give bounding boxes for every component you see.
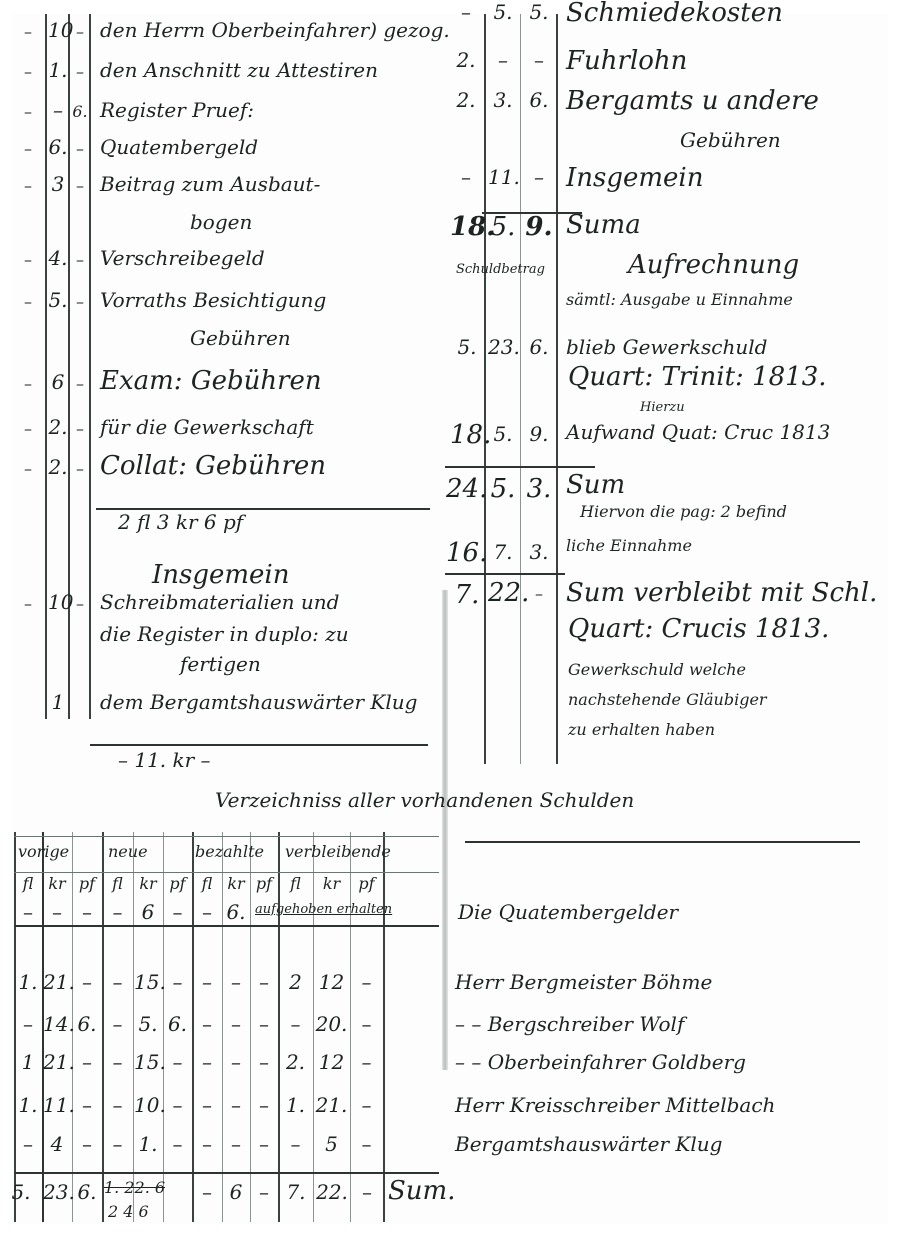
fl-cell: 2. — [450, 48, 482, 72]
debt-cell: – — [223, 1012, 249, 1036]
entry-text: Beitrag zum Ausbaut- — [100, 172, 320, 196]
sum-cell: 22. — [314, 1180, 350, 1204]
kr-cell: 11. — [488, 165, 518, 189]
right-column-line-3 — [556, 14, 558, 764]
entry-text: dem Bergamtshauswärter Klug — [100, 690, 417, 714]
debt-cell: – — [103, 1132, 132, 1156]
fl-cell: – — [450, 165, 482, 189]
unit-header: pf — [352, 874, 381, 893]
right-column-line-1 — [484, 14, 486, 764]
insgemein-total: – 11. kr – — [118, 748, 211, 772]
kr-cell: 2. — [48, 415, 68, 439]
debt-cell: – — [351, 1012, 382, 1036]
debt-cell: 1. — [15, 970, 41, 994]
entry-text: Aufwand Quat: Cruc 1813 — [566, 420, 830, 444]
unit-header: kr — [224, 874, 248, 893]
note-row-cell: – — [164, 900, 191, 924]
debt-cell: 1. — [15, 1093, 41, 1117]
debt-cell: 1. — [279, 1093, 312, 1117]
pf-cell: – — [72, 374, 88, 393]
entry-text: Bergamts u andere — [566, 86, 819, 116]
unit-header: pf — [165, 874, 190, 893]
debt-cell: – — [73, 970, 101, 994]
entry-text-continued: nachstehende Gläubiger — [568, 690, 767, 709]
entry-text: Exam: Gebühren — [100, 366, 322, 396]
kr-cell: 1. — [48, 58, 68, 82]
pf-cell: 9. — [524, 422, 554, 446]
entry-text: Vorraths Besichtigung — [100, 288, 326, 312]
debt-cell: 11. — [43, 1093, 71, 1117]
pf-cell: – — [524, 584, 554, 603]
debt-cell: 1. — [134, 1132, 162, 1156]
fl-cell: 2. — [450, 88, 482, 112]
entry-text: liche Einnahme — [566, 536, 692, 555]
fl-cell: – — [24, 594, 32, 613]
kr-cell: 7. — [488, 540, 518, 564]
sum-cell: – — [351, 1180, 383, 1204]
hierzu-note: Hierzu — [640, 400, 685, 415]
left-column-line-1 — [45, 14, 47, 719]
debt-cell: – — [351, 1132, 382, 1156]
group-header: neue — [108, 842, 148, 861]
creditor-name: Herr Kreisschreiber Mittelbach — [455, 1093, 775, 1117]
debt-cell: – — [103, 1093, 132, 1117]
kr-cell: 23. — [488, 335, 518, 359]
note-row-annotation: aufgehoben erhalten — [255, 902, 392, 917]
entry-text: Quatembergeld — [100, 135, 258, 159]
debt-cell: 21. — [43, 970, 71, 994]
debt-cell: 15. — [134, 970, 162, 994]
entry-text-continued: fertigen — [180, 652, 261, 676]
creditor-name: Bergamtshauswärter Klug — [455, 1132, 722, 1156]
sum-cell: 6. — [73, 1180, 101, 1204]
pf-cell: 3. — [524, 540, 554, 564]
sum-cell-corrected: 2 4 6 — [108, 1202, 149, 1221]
suma-kr: 5. — [488, 212, 518, 242]
pf-cell: – — [72, 22, 88, 41]
kr-cell: 22. — [488, 578, 518, 608]
debt-cell: – — [193, 1132, 221, 1156]
sum-cell: – — [251, 1180, 277, 1204]
entry-text: Sum — [566, 470, 625, 500]
right-column-line-2 — [520, 14, 521, 764]
kr-cell: 2. — [48, 455, 68, 479]
debt-cell: 20. — [314, 1012, 349, 1036]
creditor-name: – – Oberbeinfahrer Goldberg — [455, 1050, 746, 1074]
debt-cell: – — [164, 1050, 191, 1074]
debt-cell: – — [251, 1093, 277, 1117]
pf-cell: – — [72, 594, 88, 613]
suma-label: Suma — [566, 210, 641, 240]
pf-cell: 6. — [524, 88, 554, 112]
debt-cell: – — [73, 1050, 101, 1074]
unit-header: kr — [44, 874, 70, 893]
debt-cell: 21. — [43, 1050, 71, 1074]
debt-cell: 5. — [134, 1012, 162, 1036]
pf-cell: – — [72, 419, 88, 438]
pf-cell: – — [524, 48, 554, 72]
debt-cell: 10. — [134, 1093, 162, 1117]
debts-title-rule — [465, 841, 860, 843]
debt-cell: – — [279, 1012, 312, 1036]
entry-text-continued: Gewerkschuld welche — [568, 660, 746, 679]
debt-cell: 21. — [314, 1093, 349, 1117]
debts-row-rule — [14, 836, 439, 837]
debt-cell: 1 — [15, 1050, 41, 1074]
unit-header: kr — [135, 874, 161, 893]
fl-cell: – — [24, 459, 32, 478]
kr-cell: 10 — [48, 18, 68, 42]
pf-cell: – — [72, 176, 88, 195]
unit-header: fl — [194, 874, 220, 893]
aufrechnung-line: sämtl: Ausgabe u Einnahme — [566, 290, 793, 309]
group-header: verbleibende — [285, 842, 391, 861]
debt-cell: – — [103, 970, 132, 994]
note-row-label: Die Quatembergelder — [458, 900, 678, 924]
debt-cell: 15. — [134, 1050, 162, 1074]
unit-header: kr — [315, 874, 348, 893]
entry-text: den Anschnitt zu Attestiren — [100, 58, 378, 82]
subtotal: 2 fl 3 kr 6 pf — [118, 510, 243, 534]
pf-cell: – — [72, 62, 88, 81]
debt-cell: – — [193, 970, 221, 994]
debt-cell: 12 — [314, 1050, 349, 1074]
debts-title: Verzeichniss aller vorhandenen Schulden — [215, 788, 634, 812]
creditor-name: – – Bergschreiber Wolf — [455, 1012, 684, 1036]
kr-cell: 10 — [48, 590, 68, 614]
unit-header: fl — [104, 874, 131, 893]
sum-cell: 6 — [223, 1180, 249, 1204]
pf-cell: 3. — [524, 474, 554, 504]
debt-cell: – — [251, 970, 277, 994]
debt-cell: 5 — [314, 1132, 349, 1156]
debt-cell: – — [193, 1012, 221, 1036]
sum-cell-struck: 1. 22. 6 — [104, 1178, 165, 1197]
entry-text: Collat: Gebühren — [100, 451, 326, 481]
debt-cell: 12 — [314, 970, 349, 994]
pf-cell: – — [72, 459, 88, 478]
kr-cell: 5. — [488, 0, 518, 24]
debt-cell: 14. — [43, 1012, 71, 1036]
suma-fl: 18. — [450, 212, 484, 242]
pf-cell: – — [72, 292, 88, 311]
debt-cell: – — [73, 1093, 101, 1117]
fl-cell: – — [24, 62, 32, 81]
note-row-cell: 6. — [223, 900, 249, 924]
debt-cell: 6. — [73, 1012, 101, 1036]
kr-cell: 6. — [48, 135, 68, 159]
entry-text: Sum verbleibt mit Schl. — [566, 578, 877, 608]
debt-cell: – — [251, 1132, 277, 1156]
fl-cell: – — [24, 22, 32, 41]
debt-cell: – — [193, 1093, 221, 1117]
note-row-cell: 6 — [134, 900, 162, 924]
debt-cell: – — [251, 1012, 277, 1036]
debt-cell: – — [251, 1050, 277, 1074]
entry-text: für die Gewerkschaft — [100, 415, 314, 439]
debts-row-rule — [14, 1172, 439, 1174]
sum-label: Sum. — [388, 1176, 455, 1206]
debt-cell: 2. — [279, 1050, 312, 1074]
kr-cell: 3. — [488, 88, 518, 112]
debt-cell: – — [103, 1050, 132, 1074]
pf-cell: 6. — [524, 335, 554, 359]
pf-cell: – — [72, 250, 88, 269]
debt-cell: – — [279, 1132, 312, 1156]
debt-cell: – — [223, 970, 249, 994]
unit-header: pf — [74, 874, 100, 893]
section-title-insgemein: Insgemein — [152, 560, 290, 590]
sum-cell: 7. — [279, 1180, 313, 1204]
unit-header: fl — [16, 874, 40, 893]
fl-cell: 24. — [446, 474, 482, 504]
note-row-cell: – — [193, 900, 221, 924]
entry-text-continued: bogen — [190, 210, 252, 234]
entry-text: Register Pruef: — [100, 98, 254, 122]
note-row-cell: – — [73, 900, 101, 924]
unit-header: pf — [252, 874, 276, 893]
debts-row-rule — [14, 925, 439, 927]
insgemein-total-rule — [90, 744, 428, 746]
debt-cell: – — [15, 1132, 41, 1156]
creditor-name: Herr Bergmeister Böhme — [455, 970, 712, 994]
debt-cell: – — [15, 1012, 41, 1036]
group-header: bezahlte — [195, 842, 264, 861]
entry-text-continued: Gebühren — [190, 326, 291, 350]
debt-cell: – — [351, 1093, 382, 1117]
pf-cell: 5. — [524, 0, 554, 24]
kr-cell: 3 — [48, 172, 68, 196]
unit-header: fl — [280, 874, 311, 893]
debt-cell: 4 — [43, 1132, 71, 1156]
debt-cell: – — [223, 1132, 249, 1156]
sum-cell: – — [193, 1180, 221, 1204]
debt-cell: – — [103, 1012, 132, 1036]
kr-cell: 4. — [48, 246, 68, 270]
kr-cell: 1 — [48, 690, 68, 714]
fl-cell: – — [450, 0, 482, 24]
debt-cell: 6. — [164, 1012, 191, 1036]
fl-cell: – — [24, 374, 32, 393]
suma-rule — [482, 212, 582, 214]
fl-cell: – — [24, 250, 32, 269]
entry-text-continued: Quart: Crucis 1813. — [568, 614, 829, 644]
left-column-line-3 — [89, 14, 91, 719]
page-fold-shadow — [442, 590, 448, 1070]
debt-cell: – — [351, 970, 382, 994]
pf-cell: – — [72, 139, 88, 158]
fl-cell: – — [24, 292, 32, 311]
group-header: vorige — [18, 842, 69, 861]
kr-cell: – — [488, 48, 518, 72]
debt-cell: – — [164, 1132, 191, 1156]
entry-text-continued: Gebühren — [680, 128, 781, 152]
entry-text: Schmiedekosten — [566, 0, 783, 28]
pf-cell: 6. — [72, 102, 88, 121]
pf-cell: – — [524, 165, 554, 189]
debts-column-line — [383, 832, 385, 1222]
fl-cell: 7. — [450, 580, 484, 610]
entry-text-continued: Hiervon die pag: 2 befind — [580, 502, 787, 521]
debt-cell: – — [164, 970, 191, 994]
entry-text-continued: Quart: Trinit: 1813. — [568, 362, 827, 392]
entry-text-continued: zu erhalten haben — [568, 720, 715, 739]
fl-cell: – — [24, 139, 32, 158]
fl-cell: – — [24, 419, 32, 438]
entry-text: Schreibmaterialien und — [100, 590, 339, 614]
kr-cell: 5. — [48, 288, 68, 312]
fl-cell: 5. — [450, 335, 484, 359]
kr-cell: – — [48, 98, 68, 122]
debt-cell: – — [351, 1050, 382, 1074]
debt-cell: – — [73, 1132, 101, 1156]
note-row-cell: – — [43, 900, 71, 924]
debt-cell: – — [223, 1093, 249, 1117]
sum-rule-2 — [445, 573, 565, 575]
debt-cell: – — [223, 1050, 249, 1074]
debt-cell: – — [164, 1093, 191, 1117]
entry-text: Insgemein — [566, 163, 704, 193]
debts-row-rule — [14, 872, 439, 873]
kr-cell: 5. — [488, 474, 518, 504]
kr-cell: 6 — [48, 370, 68, 394]
debt-cell: – — [193, 1050, 221, 1074]
entry-text: blieb Gewerkschuld — [566, 335, 767, 359]
sum-cell: 5. — [2, 1180, 40, 1204]
schuldbetrag-header: Schuldbetrag — [456, 262, 545, 277]
fl-cell: – — [24, 102, 32, 121]
fl-cell: – — [24, 176, 32, 195]
sum-rule-1 — [445, 466, 595, 468]
entry-text: den Herrn Oberbeinfahrer) gezog. — [100, 18, 450, 42]
section-title-aufrechnung: Aufrechnung — [628, 250, 799, 280]
entry-text: Verschreibegeld — [100, 246, 265, 270]
suma-pf: 9. — [524, 212, 554, 242]
sum-cell: 23. — [43, 1180, 71, 1204]
note-row-cell: – — [15, 900, 41, 924]
entry-text: Fuhrlohn — [566, 46, 687, 76]
debt-cell: 2 — [279, 970, 312, 994]
entry-text-continued: die Register in duplo: zu — [100, 622, 349, 646]
kr-cell: 5. — [488, 422, 518, 446]
fl-cell: 16. — [446, 538, 482, 568]
fl-cell: 18. — [450, 420, 484, 450]
note-row-cell: – — [103, 900, 132, 924]
